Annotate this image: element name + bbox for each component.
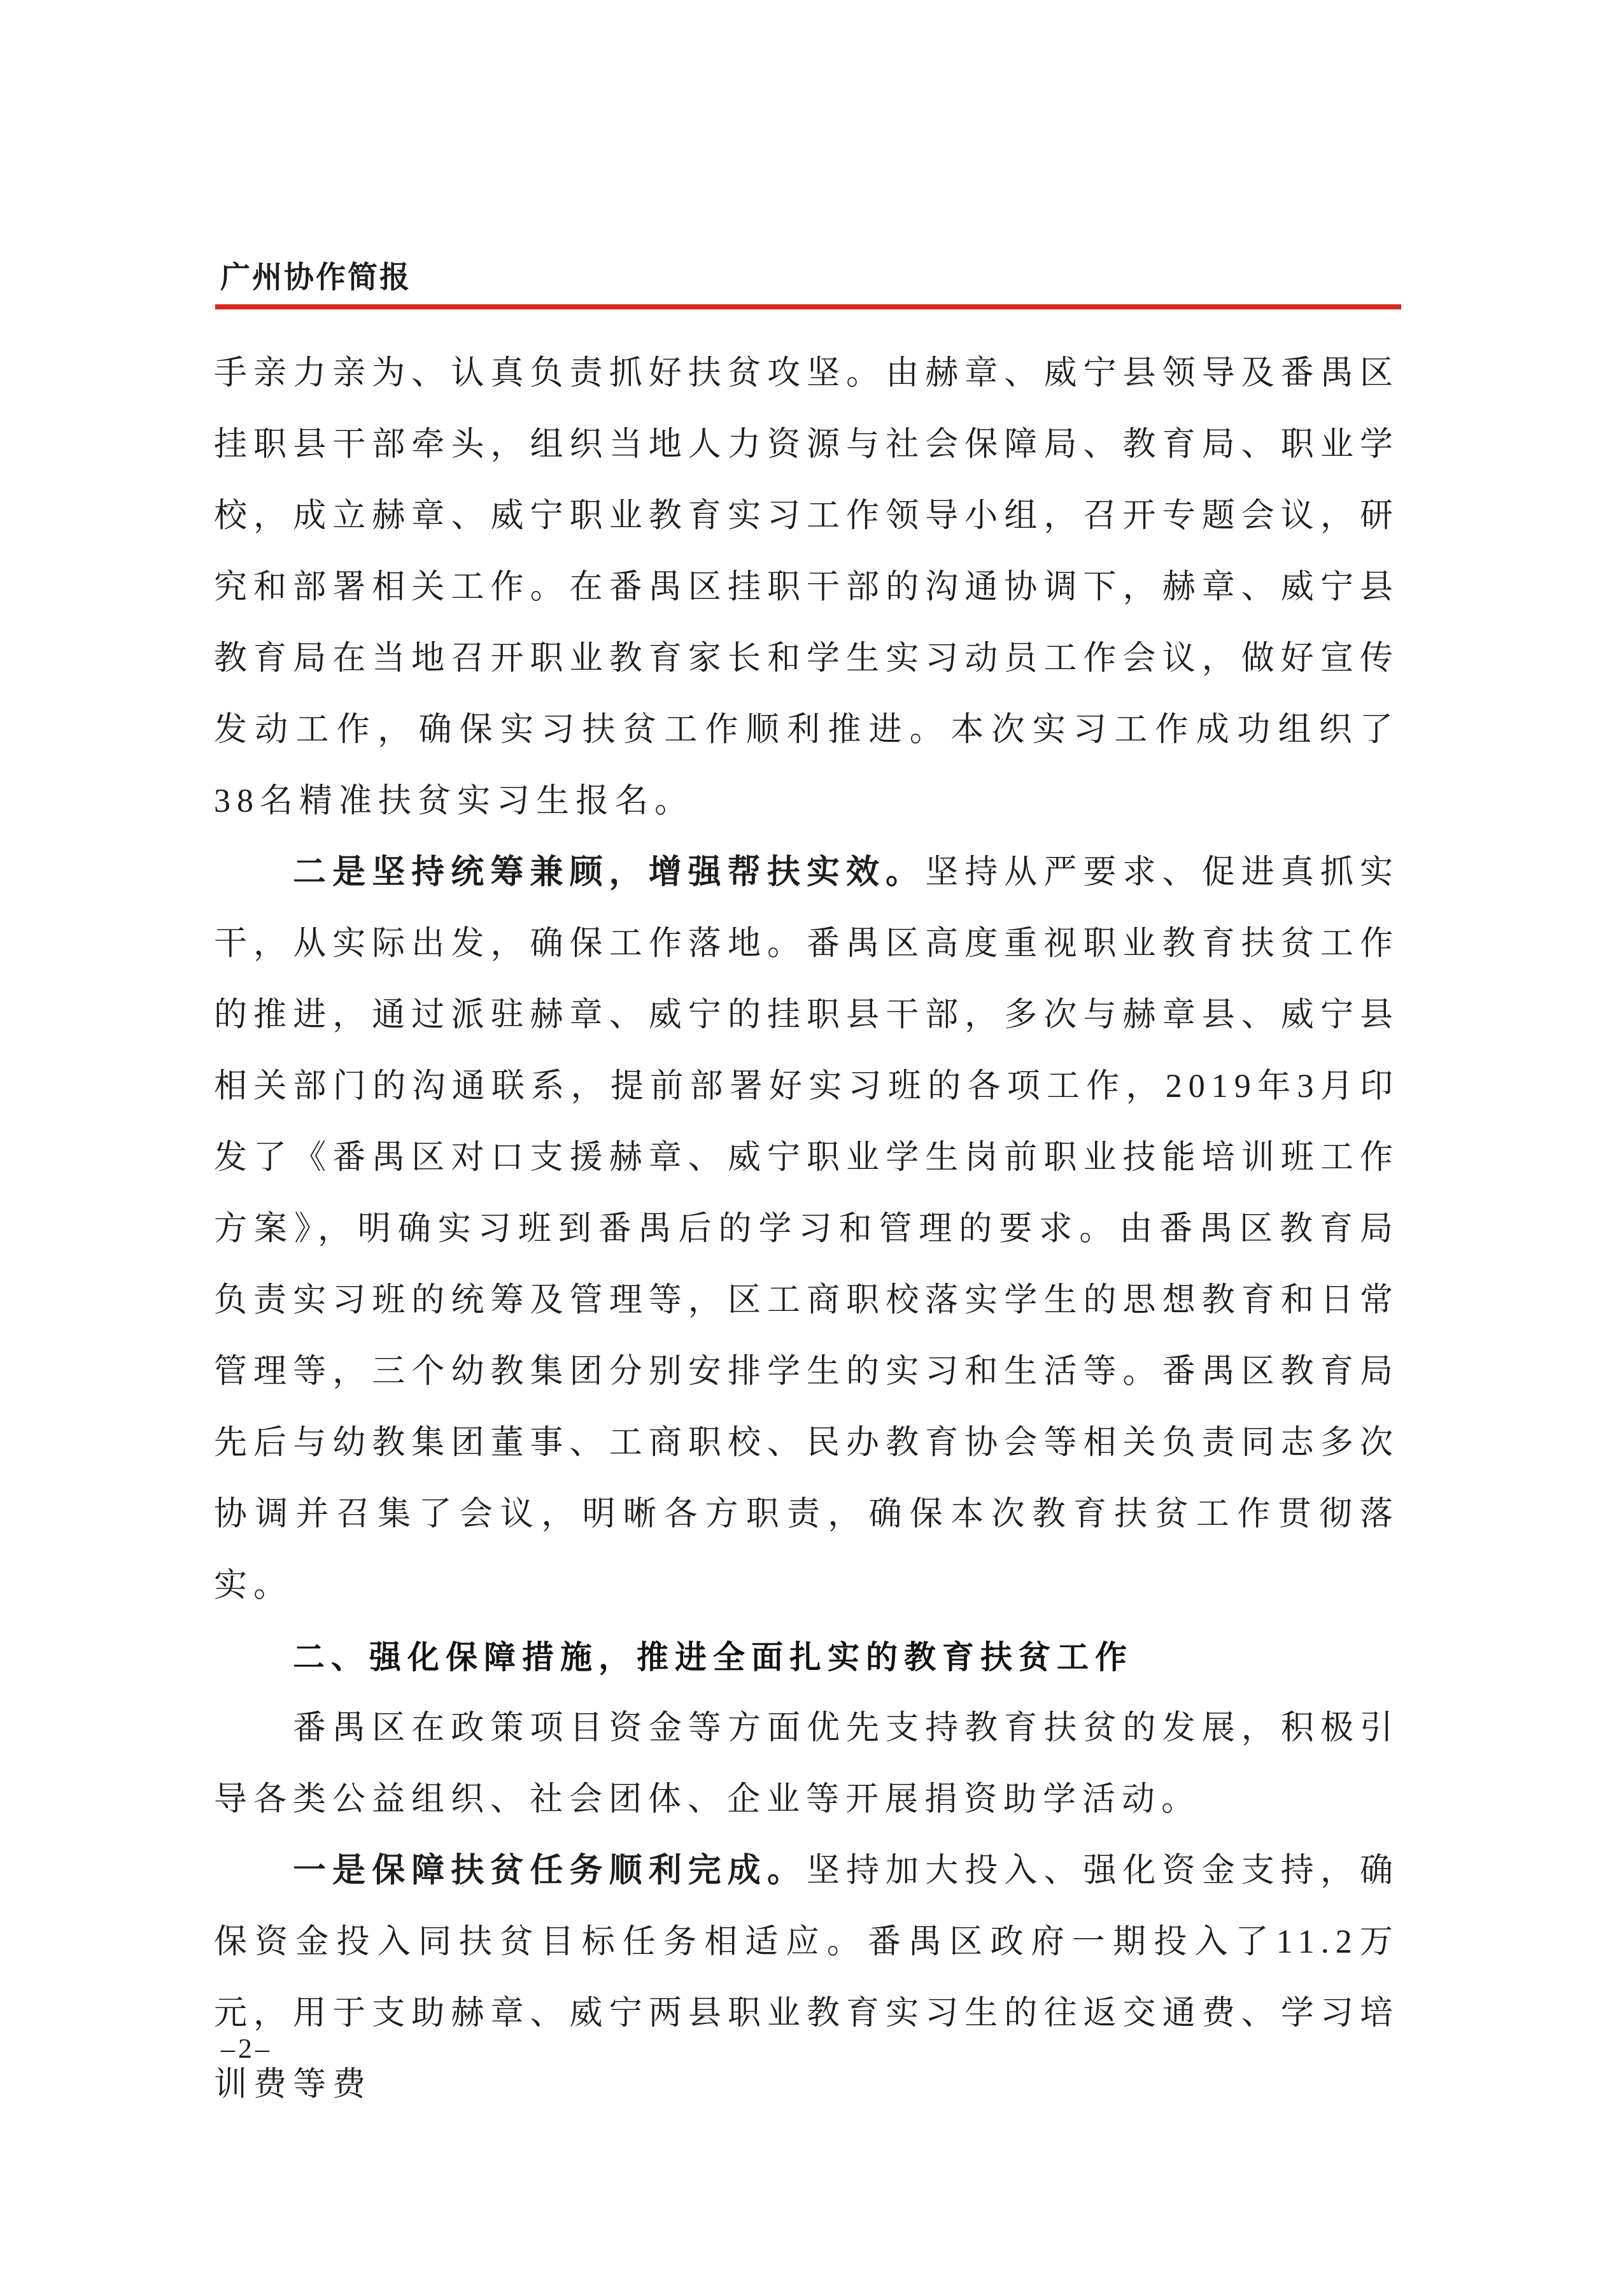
paragraph-continued: 手亲力亲为、认真负责抓好扶贫攻坚。由赫章、威宁县领导及番禺区挂职县干部牵头，组织… [214,338,1399,837]
paragraph-text: 坚持从严要求、促进真抓实干，从实际出发，确保工作落地。番禺区高度重视职业教育扶贫… [214,854,1399,1604]
paragraph: 二是坚持统筹兼顾，增强帮扶实效。坚持从严要求、促进真抓实干，从实际出发，确保工作… [214,837,1399,1622]
document-body: 手亲力亲为、认真负责抓好扶贫攻坚。由赫章、威宁县领导及番禺区挂职县干部牵头，组织… [214,338,1399,2121]
document-page: 广州协作简报 手亲力亲为、认真负责抓好扶贫攻坚。由赫章、威宁县领导及番禺区挂职县… [0,0,1624,2278]
paragraph-text: 手亲力亲为、认真负责抓好扶贫攻坚。由赫章、威宁县领导及番禺区挂职县干部牵头，组织… [214,355,1399,819]
masthead-title: 广州协作简报 [220,253,411,296]
section-heading: 二、强化保障措施，推进全面扎实的教育扶贫工作 [214,1622,1399,1693]
paragraph-text: 番禺区在政策项目资金等方面优先支持教育扶贫的发展，积极引导各类公益组织、社会团体… [214,1710,1399,1818]
paragraph-text: 坚持加大投入、强化资金支持，确保资金投入同扶贫目标任务相适应。番禺区政府一期投入… [214,1853,1399,2103]
paragraph: 一是保障扶贫任务顺利完成。坚持加大投入、强化资金支持，确保资金投入同扶贫目标任务… [214,1836,1399,2121]
paragraph: 番禺区在政策项目资金等方面优先支持教育扶贫的发展，积极引导各类公益组织、社会团体… [214,1693,1399,1836]
masthead-red-rule [215,304,1401,309]
page-number: –2– [221,2032,272,2065]
paragraph-lead-bold: 一是保障扶贫任务顺利完成。 [293,1853,807,1889]
paragraph-lead-bold: 二是坚持统筹兼顾，增强帮扶实效。 [293,854,925,891]
